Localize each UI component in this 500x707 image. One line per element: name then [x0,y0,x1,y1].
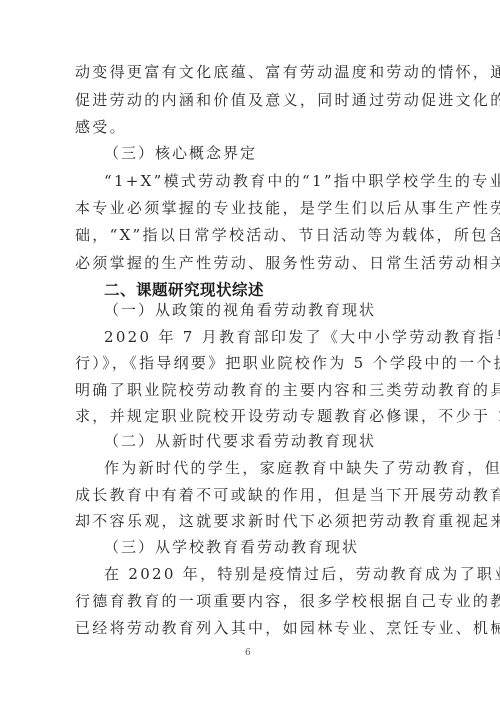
paragraph-line: 在 2020 年，特别是疫情过后，劳动教育成为了职业院校进 [104,564,425,584]
subsection-title-school: （三）从学校教育看劳动教育现状 [104,537,454,557]
document-page: 动变得更富有文化底蕴、富有劳动温度和劳动的情怀，通过文化 促进劳动的内涵和价值及… [0,0,500,707]
subsection-title-new-era: （二）从新时代要求看劳动教育现状 [104,431,454,451]
paragraph-line: 础，“X”指以日常学校活动、节日活动等为载体，所包含的学生 [75,225,425,245]
subsection-title-core-concept: （三）核心概念界定 [104,143,454,163]
paragraph-line: 行德育教育的一项重要内容，很多学校根据自己专业的教学内容， [75,591,425,611]
paragraph-line: 感受。 [75,117,425,137]
paragraph-line: 却不容乐观，这就要求新时代下必须把劳动教育重视起来。 [75,511,425,531]
paragraph-line: 成长教育中有着不可或缺的作用，但是当下开展劳动教育的情况 [75,485,425,505]
paragraph-line: 动变得更富有文化底蕴、富有劳动温度和劳动的情怀，通过文化 [75,62,425,82]
paragraph-line: 本专业必须掌握的专业技能，是学生们以后从事生产性劳动的基 [75,198,425,218]
paragraph-line: 明确了职业院校劳动教育的主要内容和三类劳动教育的具体要 [75,380,425,400]
paragraph-line: 促进劳动的内涵和价值及意义，同时通过劳动促进文化的认同和 [75,90,425,110]
paragraph-line: 求，并规定职业院校开设劳动专题教育必修课，不少于 16 学时。 [75,406,425,426]
paragraph-line: 作为新时代的学生，家庭教育中缺失了劳动教育，但是学生 [104,458,425,478]
paragraph-line: 已经将劳动教育列入其中，如园林专业、烹饪专业、机械专业等 [75,618,425,638]
subsection-title-policy: （一）从政策的视角看劳动教育现状 [104,300,454,320]
paragraph-line: 必须掌握的生产性劳动、服务性劳动、日常生活劳动相关技能。 [75,253,425,273]
paragraph-line: 行）》，《指导纲要》把职业院校作为 5 个学段中的一个提出来， [75,353,425,373]
paragraph-line: “1+X”模式劳动教育中的“1”指中职学校学生的专业学习， [104,171,425,191]
paragraph-line: 2020 年 7 月教育部印发了《大中小学劳动教育指导纲要（试 [104,327,425,347]
page-number: 6 [245,648,251,658]
section-heading: 二、课题研究现状综述 [104,280,454,300]
